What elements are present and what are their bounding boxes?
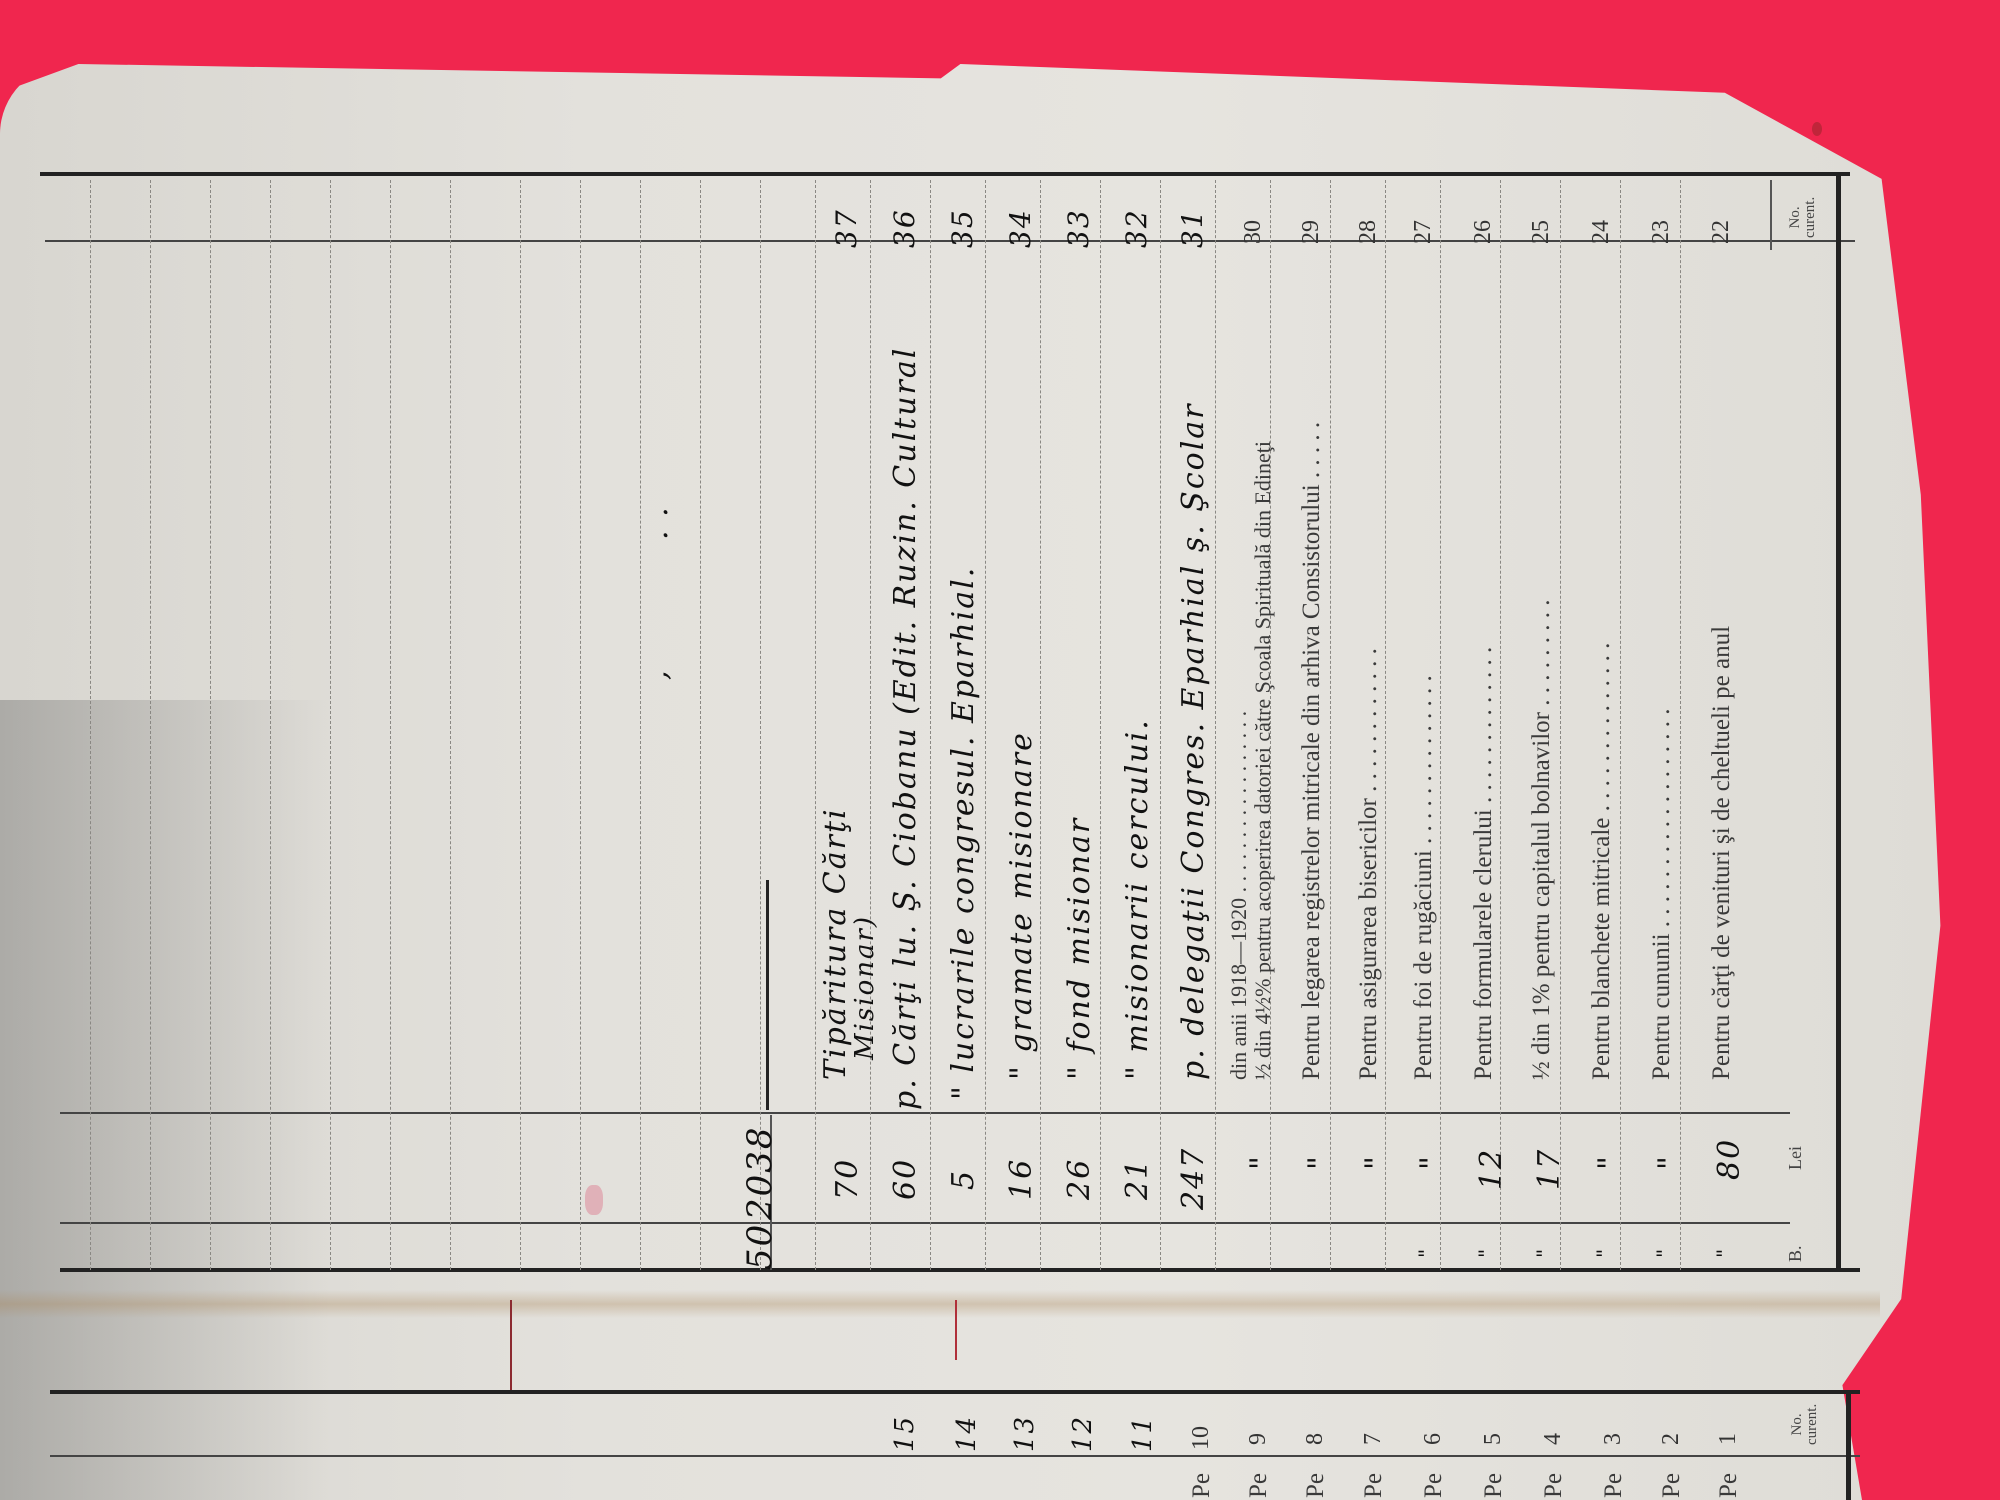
row-description: ½ din 4½% pentru acoperirea datoriei căt… (1250, 441, 1276, 1080)
row-line (150, 180, 151, 1270)
row-line (1040, 180, 1041, 1270)
pink-stain (585, 1185, 603, 1215)
row-description-line2: din anii 1918—1920 . . . . . . . . . . .… (1226, 711, 1252, 1080)
next-page-no-label: No. curent. (1790, 1404, 1820, 1445)
row-amount-lei: 247 (1176, 1147, 1211, 1210)
next-page-row-prefix: Pe (1360, 1473, 1388, 1498)
next-page-row-number: 12 (1068, 1415, 1098, 1452)
row-number: 23 (1648, 220, 1675, 244)
row-line (700, 180, 701, 1270)
row-number: 27 (1410, 220, 1437, 244)
row-line (270, 180, 271, 1270)
row-line (1440, 180, 1441, 1270)
next-page-row-prefix: Pe (1480, 1473, 1508, 1498)
no-label: No. (1788, 197, 1803, 238)
row-line (1330, 180, 1331, 1270)
row-amount-lei: 16 (1004, 1158, 1039, 1200)
row-description: " misionarii cercului. (1120, 718, 1155, 1080)
row-number: 28 (1355, 220, 1382, 244)
row-number: 37 (830, 208, 863, 248)
next-page-row-prefix: Pe (1658, 1473, 1686, 1498)
row-line (1500, 180, 1501, 1270)
row-amount-bani: " (1652, 1247, 1676, 1258)
next-page-row-number: 7 (1360, 1433, 1387, 1445)
row-description: Pentru cununii . . . . . . . . . . . . .… (1648, 708, 1676, 1080)
row-line (1620, 180, 1621, 1270)
row-line (1100, 180, 1101, 1270)
paper-tear (955, 1300, 957, 1360)
row-description: Pentru legarea registrelor mitricale din… (1298, 422, 1326, 1080)
amount-column-top-rule (60, 1112, 1790, 1114)
row-line (580, 180, 581, 1270)
row-line (640, 180, 641, 1270)
row-line (1215, 180, 1216, 1270)
row-amount-bani: " (1592, 1247, 1616, 1258)
row-amount-lei: 17 (1532, 1148, 1567, 1190)
next-page-right-frame (1846, 1390, 1851, 1500)
row-number: 22 (1708, 220, 1735, 244)
row-amount-lei: 12 (1474, 1148, 1509, 1190)
row-line (930, 180, 931, 1270)
row-number: 30 (1240, 220, 1267, 244)
table-top-rule (40, 172, 1850, 176)
row-number: 32 (1120, 208, 1153, 248)
next-page-row-number: 5 (1480, 1433, 1507, 1445)
row-amount-lei: 70 (830, 1158, 865, 1200)
next-page-row-prefix: Pe (1245, 1473, 1273, 1498)
no-label: No. (1790, 1404, 1805, 1445)
row-amount-bani: " (1712, 1247, 1736, 1258)
next-page-row-number: 2 (1658, 1433, 1685, 1445)
row-line (210, 180, 211, 1270)
next-page-row-number: 1 (1715, 1433, 1742, 1445)
row-amount-bani: " (1532, 1247, 1556, 1258)
row-number: 25 (1528, 220, 1555, 244)
next-page-row-number: 15 (890, 1415, 920, 1452)
next-page-row-number: 4 (1540, 1433, 1567, 1445)
row-line (520, 180, 521, 1270)
curent-label: curent. (1803, 197, 1818, 238)
paper-tear (510, 1300, 512, 1390)
row-amount-lei: " (1302, 1154, 1337, 1170)
row-amount-lei: " (1359, 1154, 1394, 1170)
next-page-row-number: 3 (1600, 1433, 1627, 1445)
red-stain (1812, 122, 1822, 136)
no-header-divider (1770, 180, 1772, 250)
row-line (815, 180, 816, 1270)
row-number: 29 (1298, 220, 1325, 244)
row-number: 34 (1004, 208, 1037, 248)
next-page-row-number: 13 (1010, 1415, 1040, 1452)
row-amount-lei: " (1244, 1154, 1279, 1170)
ink-mark: , (640, 668, 675, 680)
row-number: 24 (1588, 220, 1615, 244)
row-number: 33 (1062, 208, 1095, 248)
row-number: 31 (1176, 208, 1209, 248)
header-no-label: No. curent. (1788, 197, 1818, 238)
ink-mark: . . (640, 505, 675, 540)
row-line (90, 180, 91, 1270)
row-number: 36 (888, 208, 921, 248)
row-line (450, 180, 451, 1270)
total-underline-stroke (766, 880, 769, 1110)
row-description: p. Cărţi lu. Ş. Ciobanu (Edit. Ruzin. Cu… (888, 347, 923, 1110)
row-description: " lucrarile congresul. Eparhial. (946, 566, 981, 1100)
next-page-row-number: 8 (1302, 1433, 1329, 1445)
row-line (390, 180, 391, 1270)
row-line (985, 180, 986, 1270)
row-description: Pentru foi de rugăciuni . . . . . . . . … (1410, 675, 1438, 1080)
table-right-frame (1836, 172, 1841, 1272)
row-line (1560, 180, 1561, 1270)
row-amount-lei: " (1414, 1154, 1449, 1170)
total-amount-lei: 2038 (740, 1125, 780, 1220)
row-amount-bani: " (1474, 1247, 1498, 1258)
next-page-row-prefix: Pe (1540, 1473, 1568, 1498)
row-line (760, 180, 761, 1270)
row-description-line2: Misionar) (850, 915, 880, 1060)
next-page-row-prefix: Pe (1420, 1473, 1448, 1498)
next-page-row-prefix: Pe (1600, 1473, 1628, 1498)
row-amount-lei: 60 (888, 1158, 923, 1200)
row-description: ½ din 1% pentru capitalul bolnavilor . .… (1528, 600, 1556, 1080)
row-description: " gramate misionare (1004, 731, 1039, 1080)
next-page-row-prefix: Pe (1188, 1473, 1216, 1498)
next-page-row-number: 11 (1128, 1415, 1158, 1452)
next-page-row-number: 14 (952, 1415, 982, 1452)
next-page-row-prefix: Pe (1715, 1473, 1743, 1498)
row-line (1160, 180, 1161, 1270)
next-page-top-rule (50, 1390, 1860, 1394)
row-description: Pentru blanchete mitricale . . . . . . .… (1588, 643, 1616, 1080)
next-page-row-number: 6 (1420, 1433, 1447, 1445)
row-description: Pentru asigurarea bisericilor . . . . . … (1355, 648, 1383, 1080)
next-page-row-prefix: Pe (1302, 1473, 1330, 1498)
next-page-row-number: 9 (1245, 1433, 1272, 1445)
row-line (870, 180, 871, 1270)
row-description: " fond misionar (1062, 817, 1097, 1080)
paper-fold (0, 1290, 1880, 1318)
row-line (1385, 180, 1386, 1270)
row-description: p. delegaţii Congres. Eparhial ş. Şcolar (1176, 402, 1211, 1080)
row-amount-lei: " (1652, 1154, 1687, 1170)
header-lei-label: Lei (1788, 1146, 1803, 1170)
header-bani-label: B. (1788, 1245, 1803, 1262)
row-amount-lei: 80 (1712, 1138, 1747, 1180)
row-number: 35 (946, 208, 979, 248)
row-amount-lei: " (1592, 1154, 1627, 1170)
row-amount-bani: " (1414, 1247, 1438, 1258)
row-number: 26 (1470, 220, 1497, 244)
row-amount-lei: 26 (1062, 1158, 1097, 1200)
row-description: Pentru cărţi de venituri şi de cheltueli… (1708, 626, 1736, 1080)
curent-label: curent. (1805, 1404, 1820, 1445)
row-amount-lei: 21 (1120, 1158, 1155, 1200)
row-line (330, 180, 331, 1270)
lei-bani-divider-rule (60, 1222, 1790, 1224)
next-page-header-rule (50, 1455, 1860, 1457)
total-amount-bani: 50 (740, 1223, 780, 1270)
row-description: Tipăritura Cărţi (818, 807, 853, 1080)
row-amount-lei: 5 (946, 1169, 981, 1190)
row-description: Pentru formularele clerului . . . . . . … (1470, 647, 1498, 1080)
next-page-row-number: 10 (1188, 1426, 1215, 1450)
row-line (1680, 180, 1681, 1270)
